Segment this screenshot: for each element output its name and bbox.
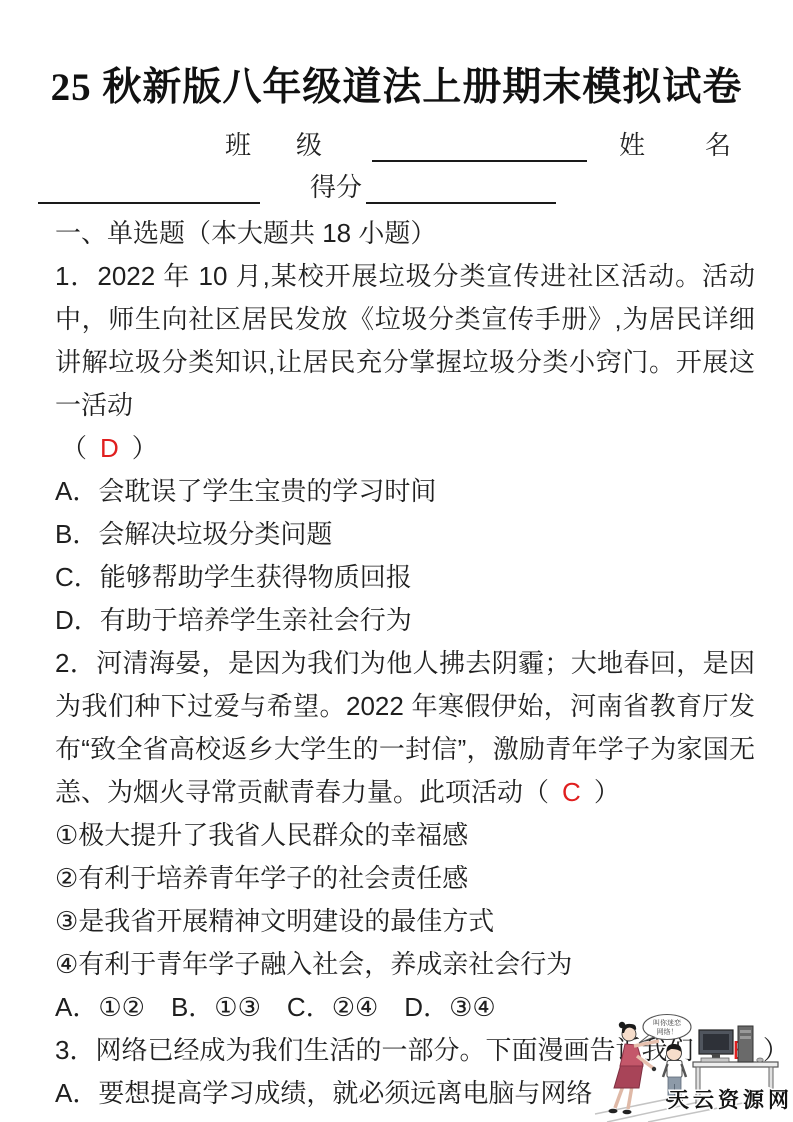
name-label-char1: 姓: [619, 125, 645, 162]
name-blank-line: [38, 172, 260, 204]
score-label: 得分: [310, 167, 362, 204]
score-row: 得分: [38, 168, 755, 204]
paren-open: （: [61, 433, 87, 463]
question-1-option-d: D．有助于培养学生亲社会行为: [55, 599, 755, 642]
tower-vent: [740, 1036, 751, 1039]
mother-shoe: [609, 1109, 618, 1114]
question-2-item-4: ④有利于青年学子融入社会，养成亲社会行为: [55, 943, 755, 986]
mother-pointing-arm: [634, 1041, 659, 1046]
mother-leg: [615, 1086, 623, 1108]
comic-svg: 叫你迷恋 网络！ 天云资源网: [593, 1004, 793, 1122]
paren-close: ）: [594, 777, 620, 807]
watermark-text: 天云资源网: [668, 1088, 793, 1112]
desk-top: [693, 1062, 778, 1067]
section-heading: 一、单选题（本大题共 18 小题）: [55, 212, 755, 255]
monitor-screen: [703, 1034, 729, 1050]
mother-blouse: [620, 1044, 643, 1066]
name-label-char2: 名: [705, 125, 731, 162]
question-body: 一、单选题（本大题共 18 小题） 1．2022 年 10 月,某校开展垃圾分类…: [55, 212, 755, 1115]
question-2-text: 2．河清海晏，是因为我们为他人拂去阴霾；大地春回，是因为我们种下过爱与希望。20…: [55, 648, 755, 807]
question-1-answer-line: （D）: [55, 427, 755, 470]
boy-shirt: [667, 1061, 682, 1078]
comic-illustration: 叫你迷恋 网络！ 天云资源网: [593, 1004, 793, 1122]
object-in-hand: [652, 1067, 656, 1071]
class-label-char1: 班: [225, 125, 251, 162]
exam-paper-page: 25 秋新版八年级道法上册期末模拟试卷 班 级 姓 名 得分 一、单选题（本大题…: [0, 0, 793, 1122]
question-1-answer: D: [100, 433, 119, 463]
mother-skirt: [614, 1064, 643, 1088]
paren-close: ）: [132, 433, 158, 463]
question-1-stem: 1．2022 年 10 月,某校开展垃圾分类宣传进社区活动。活动中，师生向社区居…: [55, 255, 755, 427]
mouse-icon: [757, 1058, 763, 1062]
mother-hair-bun: [619, 1022, 625, 1028]
paren-open: （: [523, 777, 549, 807]
question-2-item-2: ②有利于培养青年学子的社会责任感: [55, 857, 755, 900]
question-1-option-c: C．能够帮助学生获得物质回报: [55, 556, 755, 599]
page-title: 25 秋新版八年级道法上册期末模拟试卷: [0, 56, 793, 112]
tower-drive-slot: [740, 1030, 751, 1033]
class-label-char2: 级: [296, 125, 322, 162]
question-2-stem: 2．河清海晏，是因为我们为他人拂去阴霾；大地春回，是因为我们种下过爱与希望。20…: [55, 642, 755, 814]
bubble-text-line1: 叫你迷恋: [653, 1018, 682, 1027]
question-1-text: 1．2022 年 10 月,某校开展垃圾分类宣传进社区活动。活动中，师生向社区居…: [55, 261, 755, 420]
keyboard-icon: [701, 1058, 729, 1062]
mother-shoe: [623, 1110, 632, 1115]
question-2-item-1: ①极大提升了我省人民群众的幸福感: [55, 814, 755, 857]
mother-leg: [628, 1086, 632, 1109]
class-blank-line: [372, 130, 587, 162]
question-1-option-b: B．会解决垃圾分类问题: [55, 513, 755, 556]
question-2-item-3: ③是我省开展精神文明建设的最佳方式: [55, 900, 755, 943]
score-blank-line: [366, 172, 556, 204]
speech-bubble: 叫你迷恋 网络！: [639, 1015, 691, 1044]
question-2-answer: C: [562, 777, 581, 807]
bubble-text-line2: 网络！: [657, 1027, 678, 1036]
question-1-option-a: A．会耽误了学生宝贵的学习时间: [55, 470, 755, 513]
student-info-row: 班 级 姓 名: [225, 126, 755, 162]
